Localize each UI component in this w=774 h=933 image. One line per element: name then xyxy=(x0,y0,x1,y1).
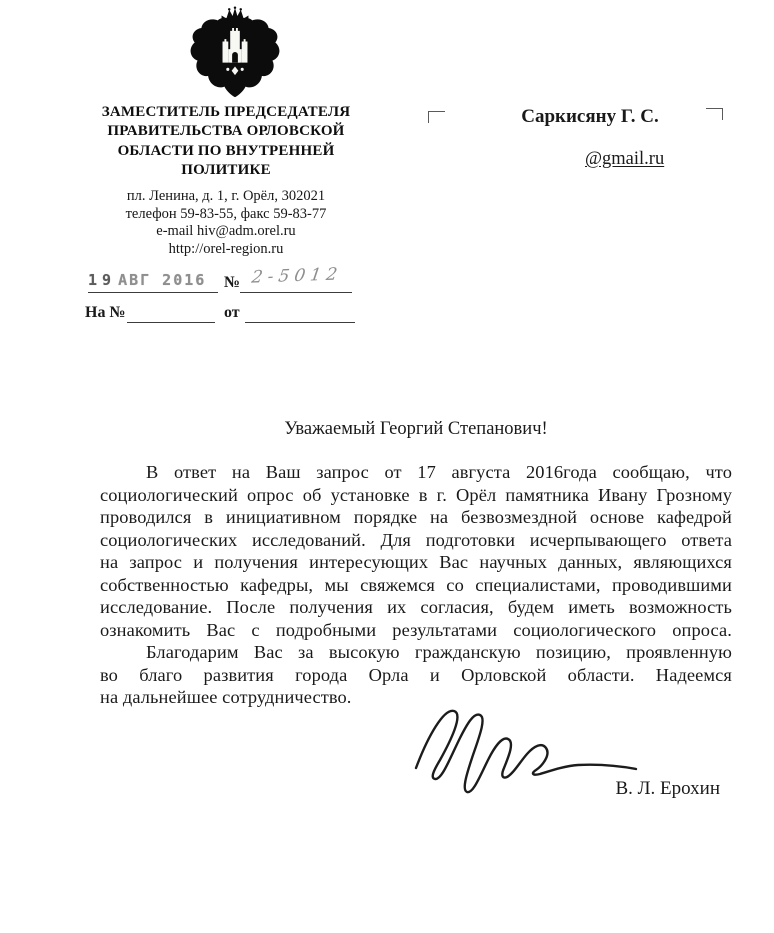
address-corner-mark-right xyxy=(706,108,723,120)
scanned-letter-page: ЗАМЕСТИТЕЛЬ ПРЕДСЕДАТЕЛЯ ПРАВИТЕЛЬСТВА О… xyxy=(0,0,774,933)
reply-number-blank-line xyxy=(127,307,215,323)
address-line: пл. Ленина, д. 1, г. Орёл, 302021 xyxy=(56,188,396,206)
letterhead-title: ЗАМЕСТИТЕЛЬ ПРЕДСЕДАТЕЛЯ ПРАВИТЕЛЬСТВА О… xyxy=(56,103,396,180)
reply-date-blank-line xyxy=(245,307,355,323)
body-line: на запрос и получения интересующих Вас н… xyxy=(100,551,732,574)
letterhead-title-line: ЗАМЕСТИТЕЛЬ ПРЕДСЕДАТЕЛЯ xyxy=(56,103,396,122)
reply-from-date-label: от xyxy=(224,304,240,322)
salutation: Уважаемый Георгий Степанович! xyxy=(100,419,732,440)
body-line: проводился в инициативном порядке на без… xyxy=(100,506,732,529)
body-line: В ответ на Ваш запрос от 17 августа 2016… xyxy=(100,461,732,484)
addressee-name: Саркисяну Г. С. xyxy=(505,106,675,128)
reply-to-number-label: На № xyxy=(85,304,126,322)
letterhead-title-line: ПРАВИТЕЛЬСТВА ОРЛОВСКОЙ xyxy=(56,122,396,141)
body-line: социологических исследований. Для подгот… xyxy=(100,529,732,552)
letter-body: В ответ на Ваш запрос от 17 августа 2016… xyxy=(100,461,732,709)
date-blank-line xyxy=(88,277,218,293)
letterhead-title-line: ОБЛАСТИ ПО ВНУТРЕННЕЙ xyxy=(56,142,396,161)
body-line: социологический опрос об установке в г. … xyxy=(100,484,732,507)
body-line: ознакомить Вас с подробными результатами… xyxy=(100,619,732,642)
address-line: телефон 59-83-55, факс 59-83-77 xyxy=(56,206,396,224)
number-blank-line xyxy=(240,277,352,293)
signer-name: В. Л. Ерохин xyxy=(540,778,720,800)
body-line: во благо развития города Орла и Орловско… xyxy=(100,664,732,687)
letterhead-address: пл. Ленина, д. 1, г. Орёл, 302021 телефо… xyxy=(56,188,396,259)
address-line-email: e-mail hiv@adm.orel.ru xyxy=(56,223,396,241)
addressee-email: @gmail.ru xyxy=(585,149,664,170)
address-corner-mark-left xyxy=(428,111,445,123)
outgoing-number-label: № xyxy=(224,274,240,292)
body-line: Благодарим Вас за высокую гражданскую по… xyxy=(100,641,732,664)
letterhead-title-line: ПОЛИТИКЕ xyxy=(56,161,396,180)
coat-of-arms-icon xyxy=(187,6,283,100)
body-line: исследование. После получения их согласи… xyxy=(100,596,732,619)
body-line: собственностью кафедры, мы свяжемся со с… xyxy=(100,574,732,597)
address-line-website: http://orel-region.ru xyxy=(56,241,396,259)
